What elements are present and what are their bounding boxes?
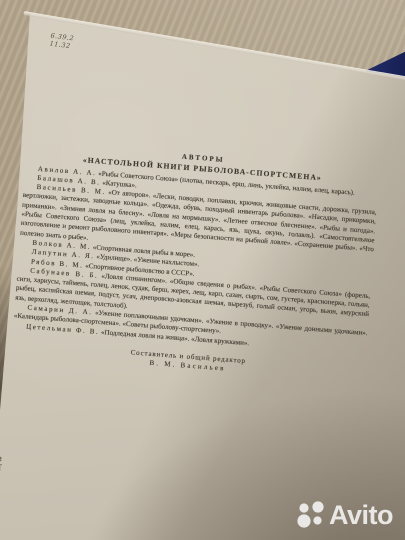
photo-background: 6.39.2 11.32 АВТОРЫ «НАСТОЛЬНОЙ КНИГИ РЫ… xyxy=(0,0,405,540)
print-code-line2: 71 xyxy=(0,464,2,472)
avito-watermark: Avito xyxy=(293,498,393,532)
print-code: -2 71 xyxy=(0,456,3,472)
avito-logo-icon xyxy=(293,498,327,532)
page-text: АВТОРЫ «НАСТОЛЬНОЙ КНИГИ РЫБОЛОВА-СПОРТС… xyxy=(11,141,380,384)
library-code: 6.39.2 11.32 xyxy=(49,32,74,51)
author-entries: Авилов А. А. «Рыбы Советского Союза» (пл… xyxy=(13,164,379,357)
avito-wordmark: Avito xyxy=(329,499,393,531)
library-code-line2: 11.32 xyxy=(49,40,73,51)
book-page: 6.39.2 11.32 АВТОРЫ «НАСТОЛЬНОЙ КНИГИ РЫ… xyxy=(0,0,405,540)
print-code-line1: -2 xyxy=(0,456,3,465)
